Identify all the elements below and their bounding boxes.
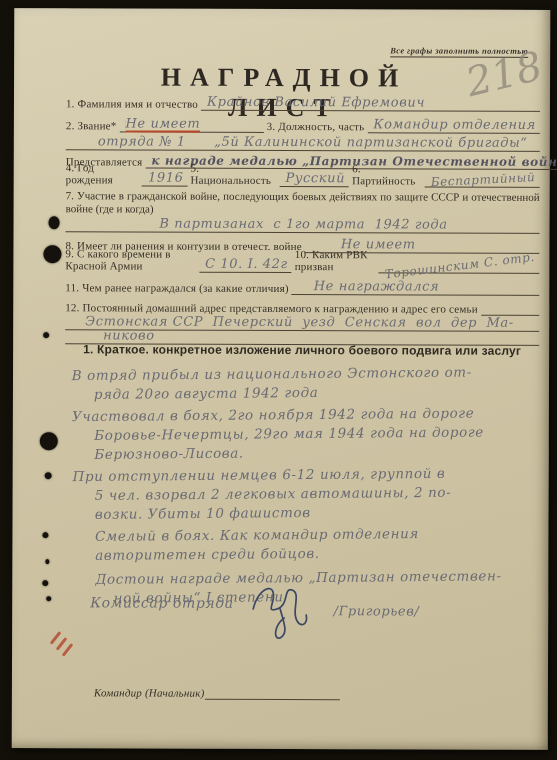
field-rank-position-row: 2. Звание* Не имеет 3. Должность, часть … xyxy=(66,116,540,134)
field-rank-value: Не имеет xyxy=(125,117,200,130)
commander-signature-row: Командир (Начальник) xyxy=(94,686,340,700)
feat-section-heading: 1. Краткое. конкретное изложение личного… xyxy=(83,342,535,358)
punch-hole xyxy=(43,245,61,263)
feat-line: возки. Убиты 10 фашистов xyxy=(95,502,535,525)
paper-speck xyxy=(45,559,49,564)
paper-speck xyxy=(43,332,49,338)
punch-hole xyxy=(40,432,58,450)
field-rank-label: 2. Звание* xyxy=(66,120,117,132)
nationality-label: 5. Национальность xyxy=(190,163,276,187)
field-name-value: Крайнов Василий Ефремович xyxy=(207,96,425,110)
home-address-value-2: никово xyxy=(103,329,155,342)
previous-awards-value: Не награждался xyxy=(314,280,439,293)
army-since-label: 9. С какого времени в Красной Армии xyxy=(65,248,196,272)
war-participation-value: В партизанах с 1го марта 1942 года xyxy=(159,218,447,232)
nationality-value: Русский xyxy=(286,172,346,185)
red-pencil-mark xyxy=(14,8,550,10)
paper-speck xyxy=(42,580,48,586)
birth-year-label: 4. Год рождения xyxy=(66,162,139,186)
feat-line: В отряд прибыл из национального Эстонско… xyxy=(72,363,534,386)
field-position-label: 3. Должность, часть xyxy=(267,121,365,133)
rvk-value: Торошинским С. отр. xyxy=(384,251,535,281)
scan-background: Все графы заполнить полностью 218 НАГРАД… xyxy=(0,0,557,760)
paper-speck xyxy=(46,596,51,601)
birth-year-value: 1916 xyxy=(148,172,184,185)
home-address-row: 12. Постоянный домашний адрес представля… xyxy=(65,298,539,316)
signature-flourish xyxy=(248,579,320,641)
feat-line: авторитетен среди бойцов. xyxy=(95,543,535,566)
commander-label: Командир (Начальник) xyxy=(94,687,205,699)
commissar-label: Комиссар отряда xyxy=(90,596,234,611)
feat-line: Боровье-Нечертцы, 29го мая 1944 года на … xyxy=(94,423,534,446)
feat-description: В отряд прибыл из национального Эстонско… xyxy=(72,363,536,609)
commissar-signature-row: Комиссар отряда /Григорьев/ xyxy=(90,596,419,641)
field-unit-value: отряда № 1 „5й Калининской партизанской … xyxy=(98,135,528,149)
field-position-value: Командир отделения xyxy=(373,118,535,132)
army-service-row: 9. С какого времени в Красной Армии С 10… xyxy=(65,256,539,274)
field-name-row: 1. Фамилия имя и отчество Крайнов Васили… xyxy=(66,94,540,112)
birth-nation-party-row: 4. Год рождения 1916 5. Национальность Р… xyxy=(66,170,540,188)
feat-line: Берюзново-Лисова. xyxy=(94,442,534,465)
army-since-value: С 10. I. 42г xyxy=(205,258,288,271)
paper-speck xyxy=(45,472,52,479)
document-paper: Все графы заполнить полностью 218 НАГРАД… xyxy=(12,8,551,750)
war-participation-label: 7. Участие в гражданской войне, последую… xyxy=(66,190,540,218)
war-participation-row: В партизанах с 1го марта 1942 года xyxy=(66,216,540,234)
field-position-row2: отряда № 1 „5й Калининской партизанской … xyxy=(66,134,540,152)
field-name-label: 1. Фамилия имя и отчество xyxy=(66,98,198,110)
rvk-label: 10. Каким РВК призван xyxy=(295,249,376,273)
paper-speck xyxy=(42,532,48,538)
previous-awards-row: 11. Чем ранее награждался (за какие отли… xyxy=(65,278,539,296)
previous-awards-label: 11. Чем ранее награждался (за какие отли… xyxy=(65,282,288,295)
commissar-name: /Григорьев/ xyxy=(334,605,420,618)
document-title: НАГРАДНОЙ ЛИСТ xyxy=(104,62,464,123)
party-value: Беспартийный xyxy=(431,171,536,188)
feat-line: ряда 20го августа 1942 года xyxy=(94,382,534,405)
party-label: 6. Партийность xyxy=(352,163,422,187)
punch-hole xyxy=(49,216,60,229)
commander-signature-line xyxy=(204,687,339,700)
